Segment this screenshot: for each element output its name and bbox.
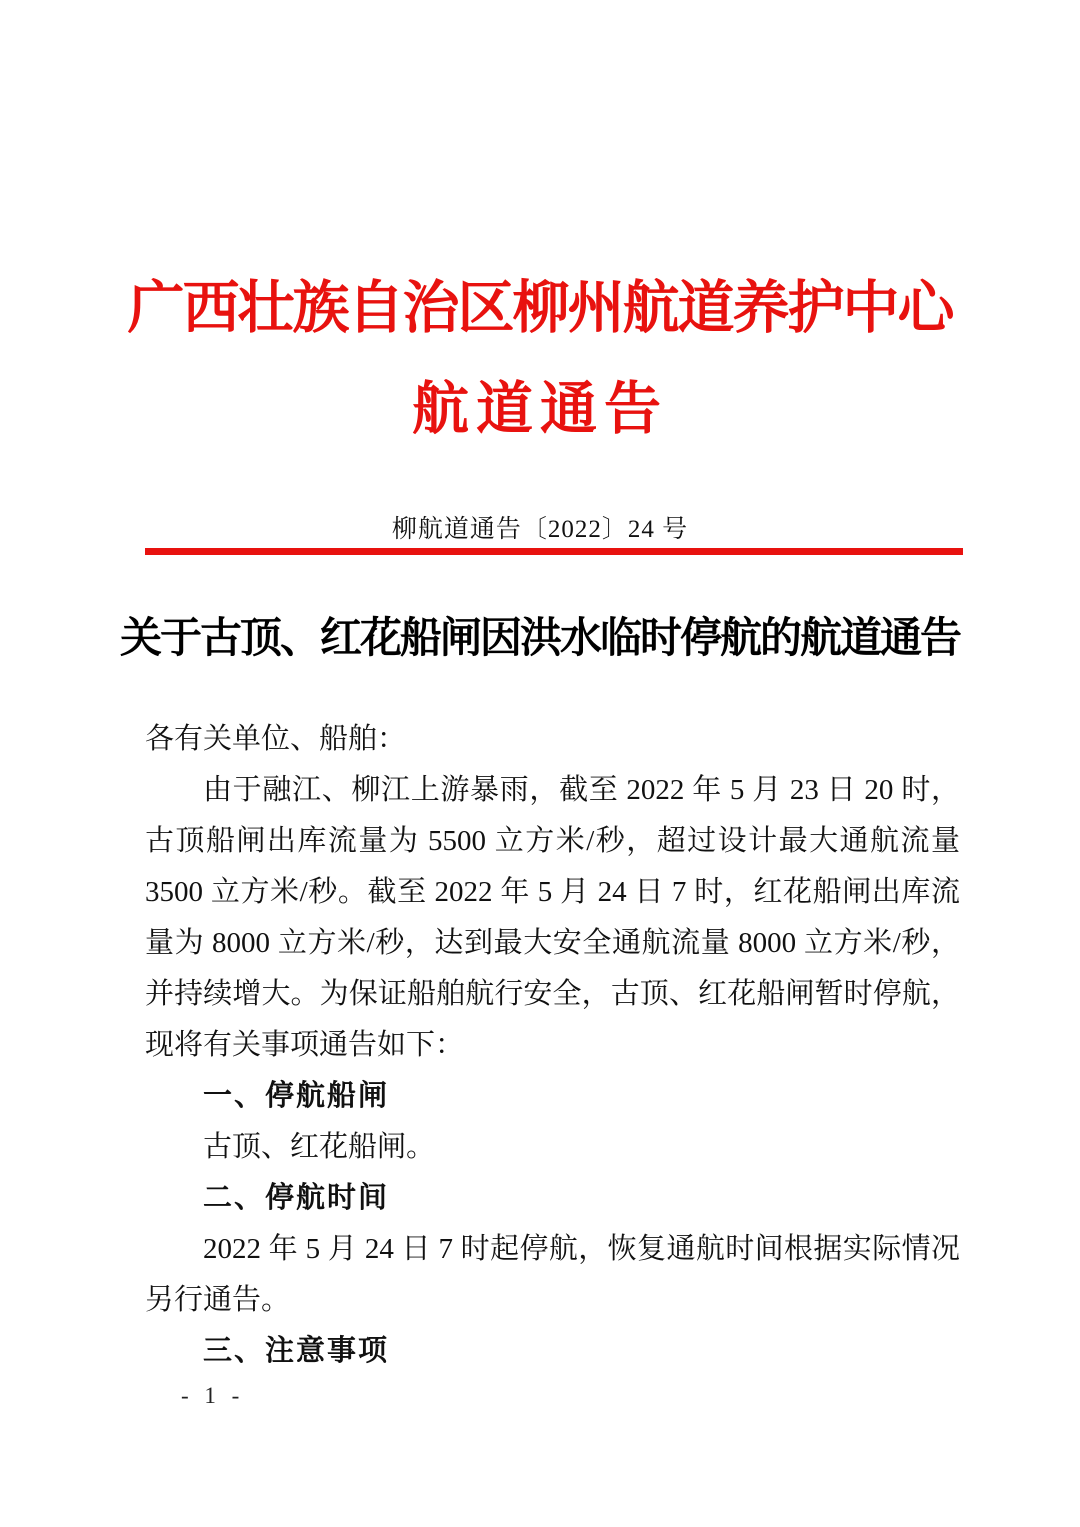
- document-page: 广西壮族自治区柳州航道养护中心 航道通告 柳航道通告〔2022〕24 号 关于古…: [0, 0, 1080, 1527]
- body-line: 量为 8000 立方米/秒，达到最大安全通航流量 8000 立方米/秒，: [145, 918, 960, 969]
- body-line: 古顶船闸出库流量为 5500 立方米/秒，超过设计最大通航流量: [145, 816, 960, 867]
- red-divider-rule: [145, 548, 963, 555]
- body-line: 古顶、红花船闸。: [145, 1122, 960, 1173]
- notice-title: 关于古顶、红花船闸因洪水临时停航的航道通告: [0, 605, 1080, 665]
- section-heading: 一、停航船闸: [145, 1071, 960, 1122]
- section-heading: 三、注意事项: [145, 1326, 960, 1377]
- section-heading: 二、停航时间: [145, 1173, 960, 1224]
- doc-number: 柳航道通告〔2022〕24 号: [0, 509, 1080, 545]
- body-line: 2022 年 5 月 24 日 7 时起停航，恢复通航时间根据实际情况: [145, 1224, 960, 1275]
- body-line: 各有关单位、船舶：: [145, 714, 960, 765]
- body-line: 3500 立方米/秒。截至 2022 年 5 月 24 日 7 时，红花船闸出库…: [145, 867, 960, 918]
- body-line: 由于融江、柳江上游暴雨，截至 2022 年 5 月 23 日 20 时，: [145, 765, 960, 816]
- page-number: - 1 -: [181, 1383, 244, 1409]
- notice-body: 各有关单位、船舶：由于融江、柳江上游暴雨，截至 2022 年 5 月 23 日 …: [145, 714, 960, 1377]
- body-line: 并持续增大。为保证船舶航行安全，古顶、红花船闸暂时停航，: [145, 969, 960, 1020]
- org-title-line1: 广西壮族自治区柳州航道养护中心: [0, 278, 1080, 341]
- body-line: 另行通告。: [145, 1275, 960, 1326]
- org-title-line2: 航道通告: [0, 379, 1080, 442]
- body-line: 现将有关事项通告如下：: [145, 1020, 960, 1071]
